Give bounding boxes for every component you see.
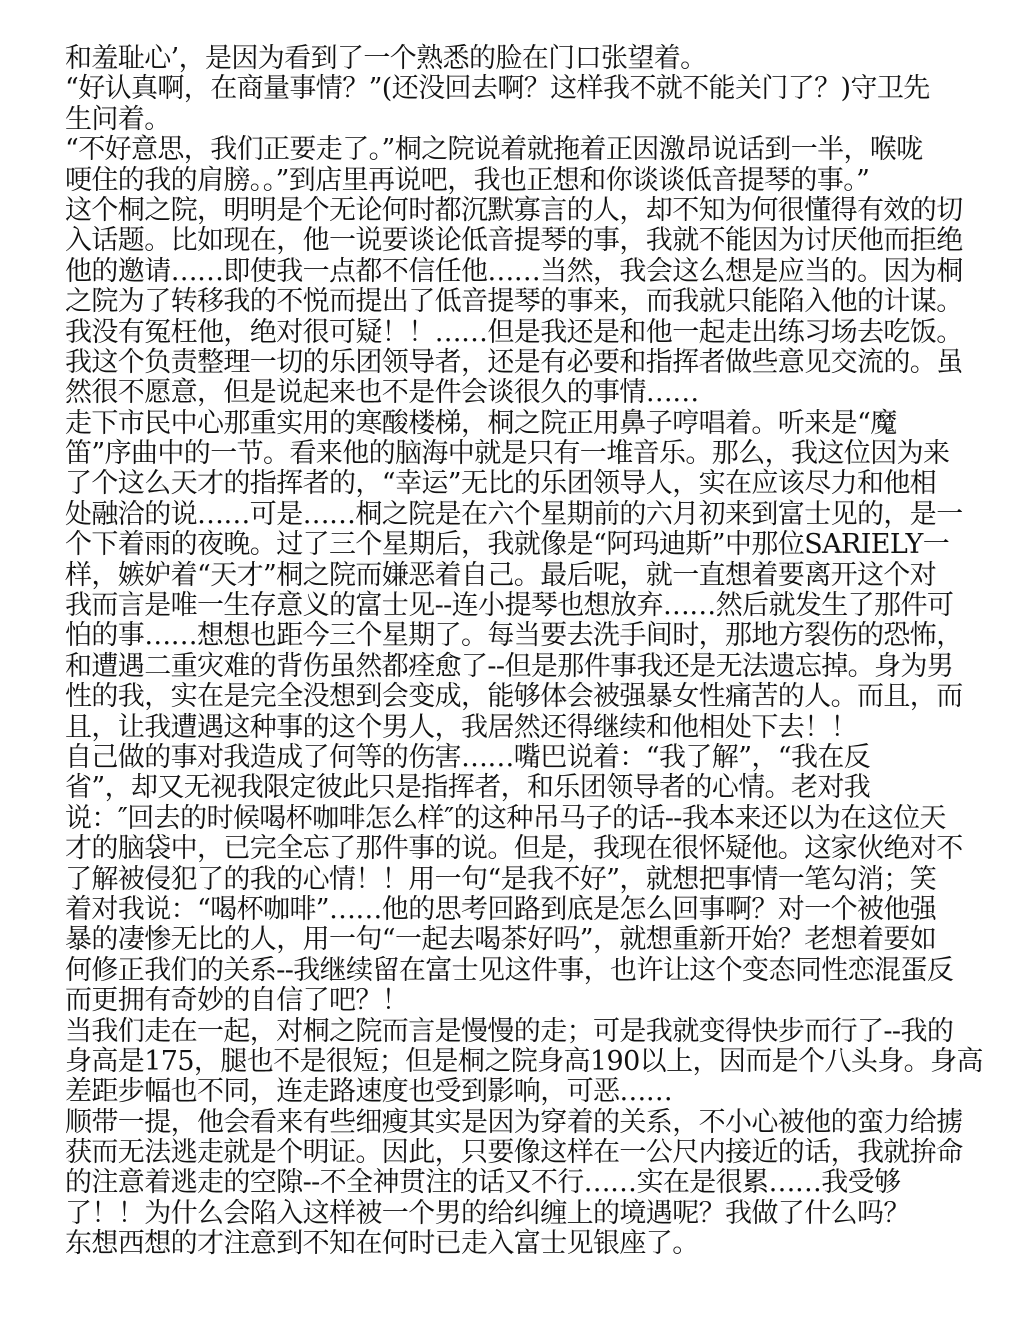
text-line: 说：″回去的时候喝杯咖啡怎么样″的这种吊马子的话--我本来还以为在这位天 [65,804,955,834]
text-line: 身高是175，腿也不是很短；但是桐之院身高190以上，因而是个八头身。身高 [65,1047,955,1077]
text-line: 了！！为什么会陷入这样被一个男的给纠缠上的境遇呢？我做了什么吗？ [65,1199,955,1229]
text-line: 样，嫉妒着“天才”桐之院而嫌恶着自己。最后呢，就一直想着要离开这个对 [65,561,955,591]
text-line: 获而无法逃走就是个明证。因此，只要像这样在一公尺内接近的话，我就拚命 [65,1138,955,1168]
text-line: 顺带一提，他会看来有些细瘦其实是因为穿着的关系，不小心被他的蛮力给掳 [65,1108,955,1138]
text-line: 当我们走在一起，对桐之院而言是慢慢的走；可是我就变得快步而行了--我的 [65,1017,955,1047]
text-line: 生问着。 [65,105,955,135]
text-line: 且，让我遭遇这种事的这个男人，我居然还得继续和他相处下去！！ [65,713,955,743]
text-line: 省”，却又无视我限定彼此只是指挥者，和乐团领导者的心情。老对我 [65,773,955,803]
text-line: 之院为了转移我的不悦而提出了低音提琴的事来，而我就只能陷入他的计谋。 [65,287,955,317]
text-line: 然很不愿意，但是说起来也不是件会谈很久的事情…… [65,378,955,408]
text-line: 我这个负责整理一切的乐团领导者，还是有必要和指挥者做些意见交流的。虽 [65,348,955,378]
text-line: 这个桐之院，明明是个无论何时都沉默寡言的人，却不知为何很懂得有效的切 [65,196,955,226]
text-line: 走下市民中心那重实用的寒酸楼梯，桐之院正用鼻子哼唱着。听来是“魔 [65,409,955,439]
text-line: 和遭遇二重灾难的背伤虽然都痊愈了--但是那件事我还是无法遗忘掉。身为男 [65,652,955,682]
text-line: 暴的凄惨无比的人，用一句“一起去喝茶好吗”，就想重新开始？老想着要如 [65,925,955,955]
document-page: 和羞耻心’，是因为看到了一个熟悉的脸在门口张望着。 “好认真啊，在商量事情？”(… [65,44,955,1260]
text-line: 入话题。比如现在，他一说要谈论低音提琴的事，我就不能因为讨厌他而拒绝 [65,226,955,256]
text-line: 才的脑袋中，已完全忘了那件事的说。但是，我现在很怀疑他。这家伙绝对不 [65,834,955,864]
text-line: 的注意着逃走的空隙--不全神贯注的话又不行……实在是很累……我受够 [65,1168,955,1198]
text-line: 笛”序曲中的一节。看来他的脑海中就是只有一堆音乐。那么，我这位因为来 [65,439,955,469]
text-line: 和羞耻心’，是因为看到了一个熟悉的脸在门口张望着。 [65,44,955,74]
text-line: 东想西想的才注意到不知在何时已走入富士见银座了。 [65,1229,955,1259]
text-line: 而更拥有奇妙的自信了吧？！ [65,986,955,1016]
text-line: 差距步幅也不同，连走路速度也受到影响，可恶…… [65,1077,955,1107]
text-line: 我没有冤枉他，绝对很可疑！！……但是我还是和他一起走出练习场去吃饭。 [65,318,955,348]
text-line: 个下着雨的夜晚。过了三个星期后，我就像是“阿玛迪斯”中那位SARIELY一 [65,530,955,560]
text-line: 他的邀请……即使我一点都不信任他……当然，我会这么想是应当的。因为桐 [65,257,955,287]
text-line: “不好意思，我们正要走了。”桐之院说着就拖着正因激昂说话到一半，喉咙 [65,135,955,165]
text-line: 了个这么天才的指挥者的，“幸运”无比的乐团领导人，实在应该尽力和他相 [65,469,955,499]
text-line: 怕的事……想想也距今三个星期了。每当要去洗手间时，那地方裂伤的恐怖， [65,621,955,651]
text-line: 我而言是唯一生存意义的富士见--连小提琴也想放弃……然后就发生了那件可 [65,591,955,621]
text-line: 自己做的事对我造成了何等的伤害……嘴巴说着：“我了解”，“我在反 [65,743,955,773]
text-line: 哽住的我的肩膀。。”到店里再说吧，我也正想和你谈谈低音提琴的事。” [65,166,955,196]
text-line: 了解被侵犯了的我的心情！！用一句“是我不好”，就想把事情一笔勾消；笑 [65,865,955,895]
text-line: 性的我，实在是完全没想到会变成，能够体会被强暴女性痛苦的人。而且，而 [65,682,955,712]
text-line: “好认真啊，在商量事情？”(还没回去啊？这样我不就不能关门了？)守卫先 [65,74,955,104]
text-line: 着对我说：“喝杯咖啡”……他的思考回路到底是怎么回事啊？对一个被他强 [65,895,955,925]
text-line: 处融洽的说……可是……桐之院是在六个星期前的六月初来到富士见的，是一 [65,500,955,530]
text-line: 何修正我们的关系--我继续留在富士见这件事，也许让这个变态同性恋混蛋反 [65,956,955,986]
